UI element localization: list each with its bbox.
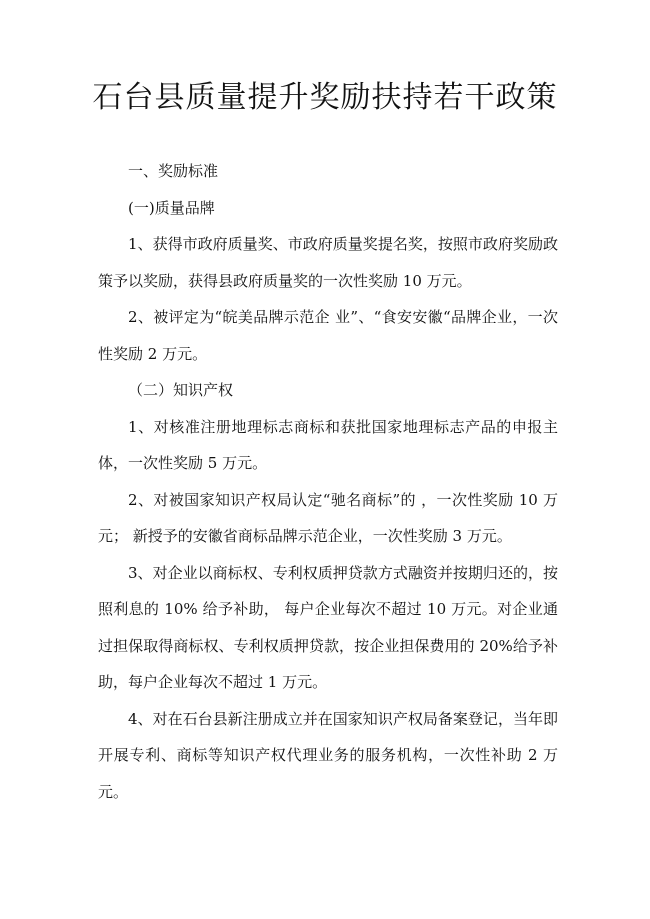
paragraph: 4、对在石台县新注册成立并在国家知识产权局备案登记，当年即开展专利、商标等知识产… bbox=[98, 701, 558, 811]
document-title: 石台县质量提升奖励扶持若干政策 bbox=[0, 78, 650, 118]
subsection-heading: (一)质量品牌 bbox=[98, 190, 558, 227]
paragraph: 3、对企业以商标权、专利权质押贷款方式融资并按期归还的，按照利息的 10% 给予… bbox=[98, 555, 558, 701]
paragraph: 1、对核准注册地理标志商标和获批国家地理标志产品的申报主体，一次性奖励 5 万元… bbox=[98, 409, 558, 482]
paragraph: 2、对被国家知识产权局认定“驰名商标”的 ，一次性奖励 10 万元； 新授予的安… bbox=[98, 482, 558, 555]
document-body: 一、奖励标准 (一)质量品牌 1、获得市政府质量奖、市政府质量奖提名奖，按照市政… bbox=[98, 153, 558, 810]
subsection-heading: （二）知识产权 bbox=[98, 372, 558, 409]
paragraph: 2、被评定为“皖美品牌示范企 业”、“食安安徽“品牌企业，一次性奖励 2 万元。 bbox=[98, 299, 558, 372]
section-heading: 一、奖励标准 bbox=[98, 153, 558, 190]
paragraph: 1、获得市政府质量奖、市政府质量奖提名奖，按照市政府奖励政策予以奖励，获得县政府… bbox=[98, 226, 558, 299]
document-page: 石台县质量提升奖励扶持若干政策 一、奖励标准 (一)质量品牌 1、获得市政府质量… bbox=[0, 0, 650, 919]
